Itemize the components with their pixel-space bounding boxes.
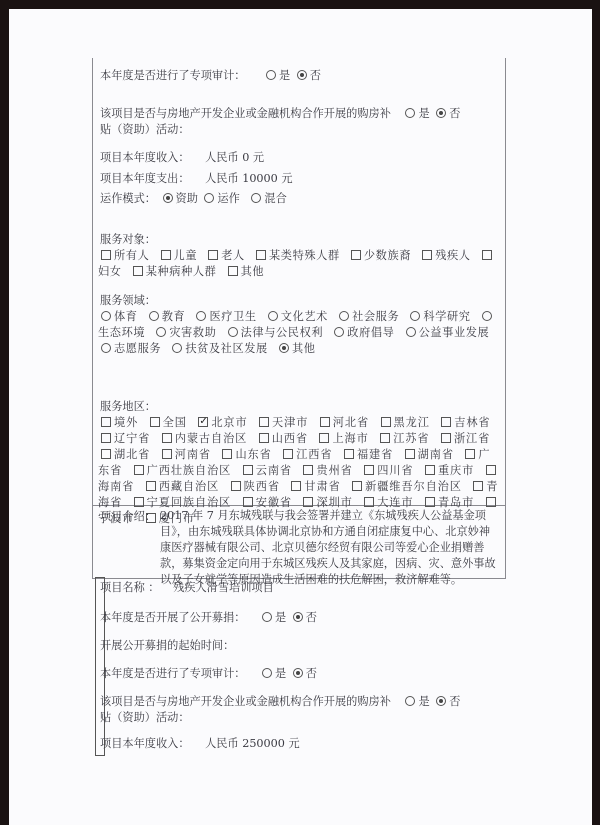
field-label: 志愿服务 [114, 342, 161, 355]
field-radio[interactable] [268, 311, 278, 321]
p2-name-value: 残疾人滑雪培训项目 [173, 581, 274, 594]
region-checkbox[interactable] [344, 449, 354, 459]
region-checkbox[interactable] [162, 449, 172, 459]
target-label: 某类特殊人群 [269, 249, 340, 262]
p2-audit-no-label: 否 [306, 667, 317, 680]
field-radio[interactable] [101, 311, 111, 321]
p1-expense-row: 项目本年度支出： 人民币 10000 元 [100, 171, 293, 187]
p2-fundraising-no-radio[interactable] [293, 612, 303, 622]
region-label: 天津市 [272, 416, 308, 429]
p1-audit-label: 本年度是否进行了专项审计： [100, 69, 245, 82]
region-checkbox[interactable] [319, 433, 329, 443]
target-label: 少数族裔 [364, 249, 411, 262]
p1-income-row: 项目本年度收入： 人民币 0 元 [100, 150, 264, 166]
field-radio[interactable] [149, 311, 159, 321]
p1-housing-label-1: 该项目是否与房地产开发企业或金融机构合作开展的购房补 [100, 107, 391, 120]
p2-income-value: 人民币 250000 元 [205, 737, 300, 750]
field-label: 生态环境 [98, 326, 145, 339]
p2-fundraising-start-label: 开展公开募捐的起始时间： [100, 638, 234, 654]
target-label: 某种病种人群 [146, 265, 217, 278]
region-checkbox[interactable] [150, 417, 160, 427]
field-radio[interactable] [196, 311, 206, 321]
target-label: 妇女 [98, 265, 122, 278]
region-label: 江苏省 [393, 432, 429, 445]
region-checkbox[interactable] [303, 465, 313, 475]
field-radio-selected[interactable] [279, 343, 289, 353]
p1-expense-label: 项目本年度支出： [100, 172, 190, 185]
region-checkbox[interactable] [162, 433, 172, 443]
region-checkbox[interactable] [381, 417, 391, 427]
region-label: 全国 [163, 416, 187, 429]
region-checkbox[interactable] [243, 497, 253, 507]
region-checkbox[interactable] [231, 481, 241, 491]
region-checkbox[interactable] [425, 497, 435, 507]
p1-intro-label: 项目介绍： [100, 508, 156, 524]
field-label: 灾害救助 [169, 326, 216, 339]
p1-housing-yes-label: 是 [418, 107, 429, 120]
p1-housing-row: 该项目是否与房地产开发企业或金融机构合作开展的购房补 是 否 [100, 106, 460, 122]
p2-name-label: 项目名称 ： [100, 581, 160, 594]
region-label: 河北省 [333, 416, 369, 429]
region-checkbox[interactable] [101, 449, 111, 459]
p1-fields-list: 体育 教育 医疗卫生 文化艺术 社会服务 科学研究 生态环境 灾害救助 法律与公… [98, 309, 502, 357]
p2-housing-yes-radio[interactable] [405, 696, 415, 706]
field-radio[interactable] [406, 327, 416, 337]
p1-mode-operate-label: 运作 [217, 192, 239, 205]
region-checkbox[interactable] [320, 417, 330, 427]
field-label: 法律与公民权利 [241, 326, 324, 339]
region-label: 上海市 [332, 432, 368, 445]
region-label: 吉林省 [454, 416, 490, 429]
region-label: 西藏自治区 [159, 480, 219, 493]
target-checkbox[interactable] [228, 266, 238, 276]
target-checkbox[interactable] [482, 250, 492, 260]
p1-mode-label: 运作模式： [100, 192, 156, 205]
field-label: 体育 [114, 310, 138, 323]
field-radio[interactable] [482, 311, 492, 321]
p1-targets-label: 服务对象： [100, 232, 156, 248]
region-checkbox[interactable] [441, 417, 451, 427]
region-checkbox[interactable] [101, 433, 111, 443]
target-checkbox[interactable] [133, 266, 143, 276]
p1-audit-no-label: 否 [310, 69, 321, 82]
p1-audit-yes-radio[interactable] [266, 70, 276, 80]
p2-housing-no-radio[interactable] [436, 696, 446, 706]
p2-audit-no-radio[interactable] [293, 668, 303, 678]
field-label: 科学研究 [423, 310, 470, 323]
target-checkbox[interactable] [208, 250, 218, 260]
target-label: 其他 [241, 265, 265, 278]
region-label: 河南省 [175, 448, 211, 461]
p1-housing-no-label: 否 [449, 107, 460, 120]
region-checkbox[interactable] [134, 465, 144, 475]
p2-audit-row: 本年度是否进行了专项审计： 是 否 [100, 666, 317, 682]
p1-mode-mixed-label: 混合 [264, 192, 286, 205]
region-checkbox[interactable] [425, 465, 435, 475]
region-label: 海南省 [98, 480, 134, 493]
target-label: 老人 [221, 249, 245, 262]
p2-housing-yes-label: 是 [418, 695, 429, 708]
region-checkbox[interactable] [291, 481, 301, 491]
target-label: 残疾人 [435, 249, 470, 262]
p1-audit-no-radio[interactable] [297, 70, 307, 80]
p2-name-row: 项目名称 ： 残疾人滑雪培训项目 [100, 580, 274, 596]
p1-income-label: 项目本年度收入： [100, 151, 190, 164]
p2-housing-row: 该项目是否与房地产开发企业或金融机构合作开展的购房补 是 否 [100, 694, 460, 710]
region-checkbox[interactable] [465, 449, 475, 459]
region-label: 湖南省 [418, 448, 454, 461]
p2-fundraising-row: 本年度是否开展了公开募捐： 是 否 [100, 610, 317, 626]
region-label: 四川省 [377, 464, 413, 477]
region-label: 浙江省 [454, 432, 490, 445]
field-radio[interactable] [228, 327, 238, 337]
region-checkbox[interactable] [303, 497, 313, 507]
p1-expense-value: 人民币 10000 元 [205, 172, 292, 185]
p1-audit-row: 本年度是否进行了专项审计： 是 否 [100, 68, 321, 84]
target-label: 儿童 [174, 249, 198, 262]
region-checkbox[interactable] [486, 465, 496, 475]
region-label: 甘肃省 [304, 480, 340, 493]
region-label: 贵州省 [316, 464, 352, 477]
region-label: 江西省 [296, 448, 332, 461]
region-label: 福建省 [357, 448, 393, 461]
region-checkbox[interactable] [243, 465, 253, 475]
region-label: 境外 [114, 416, 138, 429]
field-radio[interactable] [172, 343, 182, 353]
target-checkbox[interactable] [422, 250, 432, 260]
region-label: 广西壮族自治区 [147, 464, 232, 477]
region-checkbox[interactable] [222, 449, 232, 459]
field-label: 文化艺术 [281, 310, 328, 323]
p1-targets-list: 所有人 儿童 老人 某类特殊人群 少数族裔 残疾人 妇女 某种病种人群 其他 [98, 248, 502, 280]
target-checkbox[interactable] [161, 250, 171, 260]
field-radio[interactable] [339, 311, 349, 321]
region-checkbox[interactable] [259, 417, 269, 427]
region-checkbox[interactable] [364, 465, 374, 475]
field-label: 扶贫及社区发展 [185, 342, 268, 355]
region-label: 山东省 [235, 448, 271, 461]
region-label: 陕西省 [244, 480, 280, 493]
target-checkbox[interactable] [256, 250, 266, 260]
p2-fundraising-yes-radio[interactable] [262, 612, 272, 622]
region-label: 湖北省 [114, 448, 150, 461]
region-checkbox[interactable] [380, 433, 390, 443]
region-label: 重庆市 [438, 464, 474, 477]
p2-audit-label: 本年度是否进行了专项审计： [100, 667, 245, 680]
field-label: 教育 [162, 310, 186, 323]
region-checkbox[interactable] [405, 449, 415, 459]
p2-income-label: 项目本年度收入： [100, 737, 190, 750]
region-label: 山西省 [272, 432, 308, 445]
p1-mode-grant-label: 资助 [176, 192, 198, 205]
region-label: 黑龙江 [394, 416, 430, 429]
p1-mode-grant-radio[interactable] [163, 193, 173, 203]
target-label: 所有人 [114, 249, 149, 262]
p1-housing-label-2: 贴（资助）活动： [100, 122, 190, 138]
p1-mode-row: 运作模式： 资助 运作 混合 [100, 191, 287, 207]
p2-housing-label-1: 该项目是否与房地产开发企业或金融机构合作开展的购房补 [100, 695, 391, 708]
p1-housing-yes-radio[interactable] [405, 108, 415, 118]
p1-audit-yes-label: 是 [279, 69, 290, 82]
region-checkbox[interactable] [259, 433, 269, 443]
region-checkbox[interactable] [101, 417, 111, 427]
region-checkbox[interactable] [473, 481, 483, 491]
region-label: 云南省 [256, 464, 292, 477]
region-label: 辽宁省 [114, 432, 150, 445]
region-label: 内蒙古自治区 [175, 432, 248, 445]
field-radio[interactable] [101, 343, 111, 353]
p2-fundraising-label: 本年度是否开展了公开募捐： [100, 611, 245, 624]
region-checkbox[interactable] [364, 497, 374, 507]
field-radio[interactable] [156, 327, 166, 337]
target-checkbox[interactable] [351, 250, 361, 260]
region-checkbox[interactable] [146, 481, 156, 491]
p2-audit-yes-label: 是 [275, 667, 286, 680]
p2-fundraising-no-label: 否 [306, 611, 317, 624]
p2-housing-label-2: 贴（资助）活动： [100, 710, 190, 726]
p2-income-row: 项目本年度收入： 人民币 250000 元 [100, 736, 300, 752]
p1-mode-operate-radio[interactable] [204, 193, 214, 203]
p2-housing-no-label: 否 [449, 695, 460, 708]
field-label: 政府倡导 [347, 326, 394, 339]
region-checkbox[interactable] [441, 433, 451, 443]
p1-intro-text: 2017 年 7 月东城残联与我会签署并建立《东城残疾人公益基金项目》，由东城残… [160, 508, 500, 588]
field-label: 社会服务 [352, 310, 399, 323]
field-radio[interactable] [334, 327, 344, 337]
p1-regions-label: 服务地区： [100, 399, 156, 415]
p1-mode-mixed-radio[interactable] [251, 193, 261, 203]
region-checkbox[interactable] [283, 449, 293, 459]
region-checkbox[interactable] [486, 497, 496, 507]
p2-audit-yes-radio[interactable] [262, 668, 272, 678]
p2-fundraising-yes-label: 是 [275, 611, 286, 624]
field-label: 医疗卫生 [209, 310, 256, 323]
p1-income-value: 人民币 0 元 [205, 151, 264, 164]
region-checkbox-checked[interactable] [198, 417, 208, 427]
target-checkbox[interactable] [101, 250, 111, 260]
field-label: 其他 [292, 342, 316, 355]
field-radio[interactable] [410, 311, 420, 321]
field-label: 公益事业发展 [419, 326, 490, 339]
region-checkbox[interactable] [134, 497, 144, 507]
region-label: 北京市 [211, 416, 247, 429]
region-checkbox[interactable] [352, 481, 362, 491]
region-label: 新疆维吾尔自治区 [365, 480, 462, 493]
p1-fields-label: 服务领域： [100, 293, 156, 309]
p1-housing-no-radio[interactable] [436, 108, 446, 118]
